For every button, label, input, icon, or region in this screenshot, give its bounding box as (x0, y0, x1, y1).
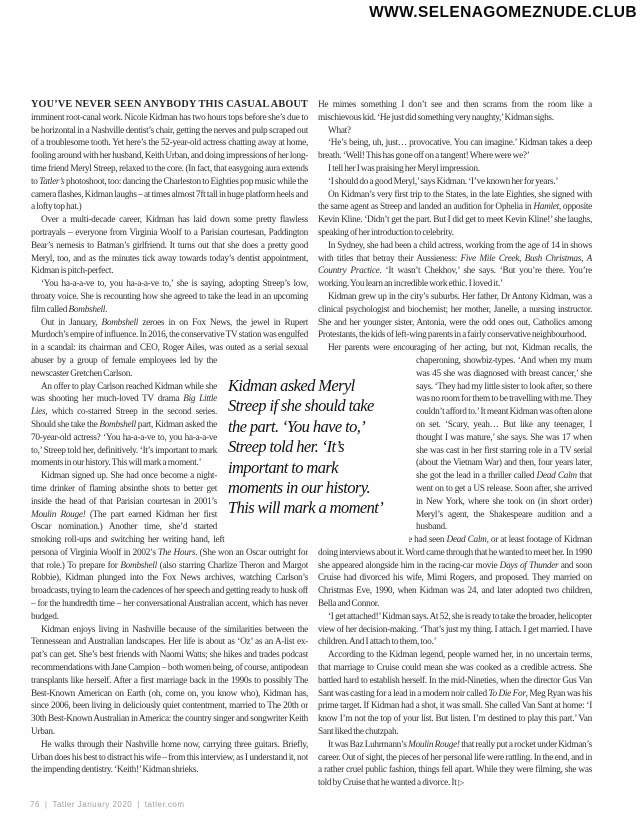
paragraph: In Sydney, she had been a child actress,… (318, 240, 592, 291)
paragraph: On Kidman’s very first trip to the State… (318, 189, 592, 240)
paragraph-text: imminent root-canal work. Nicole Kidman … (31, 113, 308, 213)
paragraph-text: It was Baz Luhrmann’s Moulin Rouge! that… (318, 740, 592, 788)
pull-quote-line: moments in our history. (228, 478, 409, 498)
watermark: WWW.SELENAGOMEZNUDE.CLUB (369, 4, 637, 22)
lead-paragraph: YOU’VE NEVER SEEN ANYBODY THIS CASUAL AB… (31, 99, 308, 214)
footer-divider: | (45, 800, 48, 809)
paragraph: ‘I should do a good Meryl,’ says Kidman.… (318, 176, 592, 189)
pull-quote-line: Kidman asked Meryl (228, 376, 409, 396)
paragraph: He mimes something I don’t see and then … (318, 99, 592, 125)
pull-quote: Kidman asked Meryl Streep if she should … (228, 373, 409, 544)
page-number: 76 (30, 800, 40, 809)
site-label: tatler.com (145, 800, 185, 809)
issue-label: Tatler January 2020 (52, 800, 132, 809)
paragraph: I tell her I was praising her Meryl impr… (318, 163, 592, 176)
paragraph: Over a multi-decade career, Kidman has l… (31, 214, 308, 278)
paragraph: ‘He’s being, uh, just… provocative. You … (318, 137, 592, 163)
continuation-icon: ▷ (458, 778, 464, 787)
paragraph: He walks through their Nashville home no… (31, 739, 308, 777)
paragraph: ‘You ha-a-a-ve to, you ha-a-a-ve to,’ sh… (31, 278, 308, 316)
paragraph: Kidman enjoys living in Nashville becaus… (31, 624, 308, 739)
pull-quote-line: important to mark (228, 458, 409, 478)
paragraph-text: Her parents were encouraging of her acti… (328, 343, 578, 353)
footer: 76|Tatler January 2020|tatler.com (30, 800, 190, 809)
paragraph: What? (318, 125, 592, 138)
paragraph: According to the Kidman legend, people w… (318, 649, 592, 739)
pull-quote-line: This will mark a moment’ (228, 498, 409, 518)
paragraph-text: the chaperoning, showbiz-types. ‘And whe… (416, 343, 592, 532)
pull-quote-line: Streep if she should take (228, 396, 409, 416)
pull-quote-line: Streep told her. ‘It’s (228, 437, 409, 457)
magazine-page: WWW.SELENAGOMEZNUDE.CLUB YOU’VE NEVER SE… (0, 0, 640, 829)
pull-quote-line: the part. ‘You have to,’ (228, 417, 409, 437)
paragraph: It was Baz Luhrmann’s Moulin Rouge! that… (318, 739, 592, 790)
paragraph: Kidman grew up in the city’s suburbs. He… (318, 291, 592, 342)
paragraph: It’s possible Tom Cruise had seen Dead C… (318, 534, 592, 611)
paragraph: ‘I get attached!’ Kidman says. At 52, sh… (318, 611, 592, 649)
paragraph: Out in January, Bombshell zeroes in on F… (31, 317, 308, 381)
footer-divider: | (137, 800, 140, 809)
lead-in-line: YOU’VE NEVER SEEN ANYBODY THIS CASUAL AB… (31, 99, 308, 112)
